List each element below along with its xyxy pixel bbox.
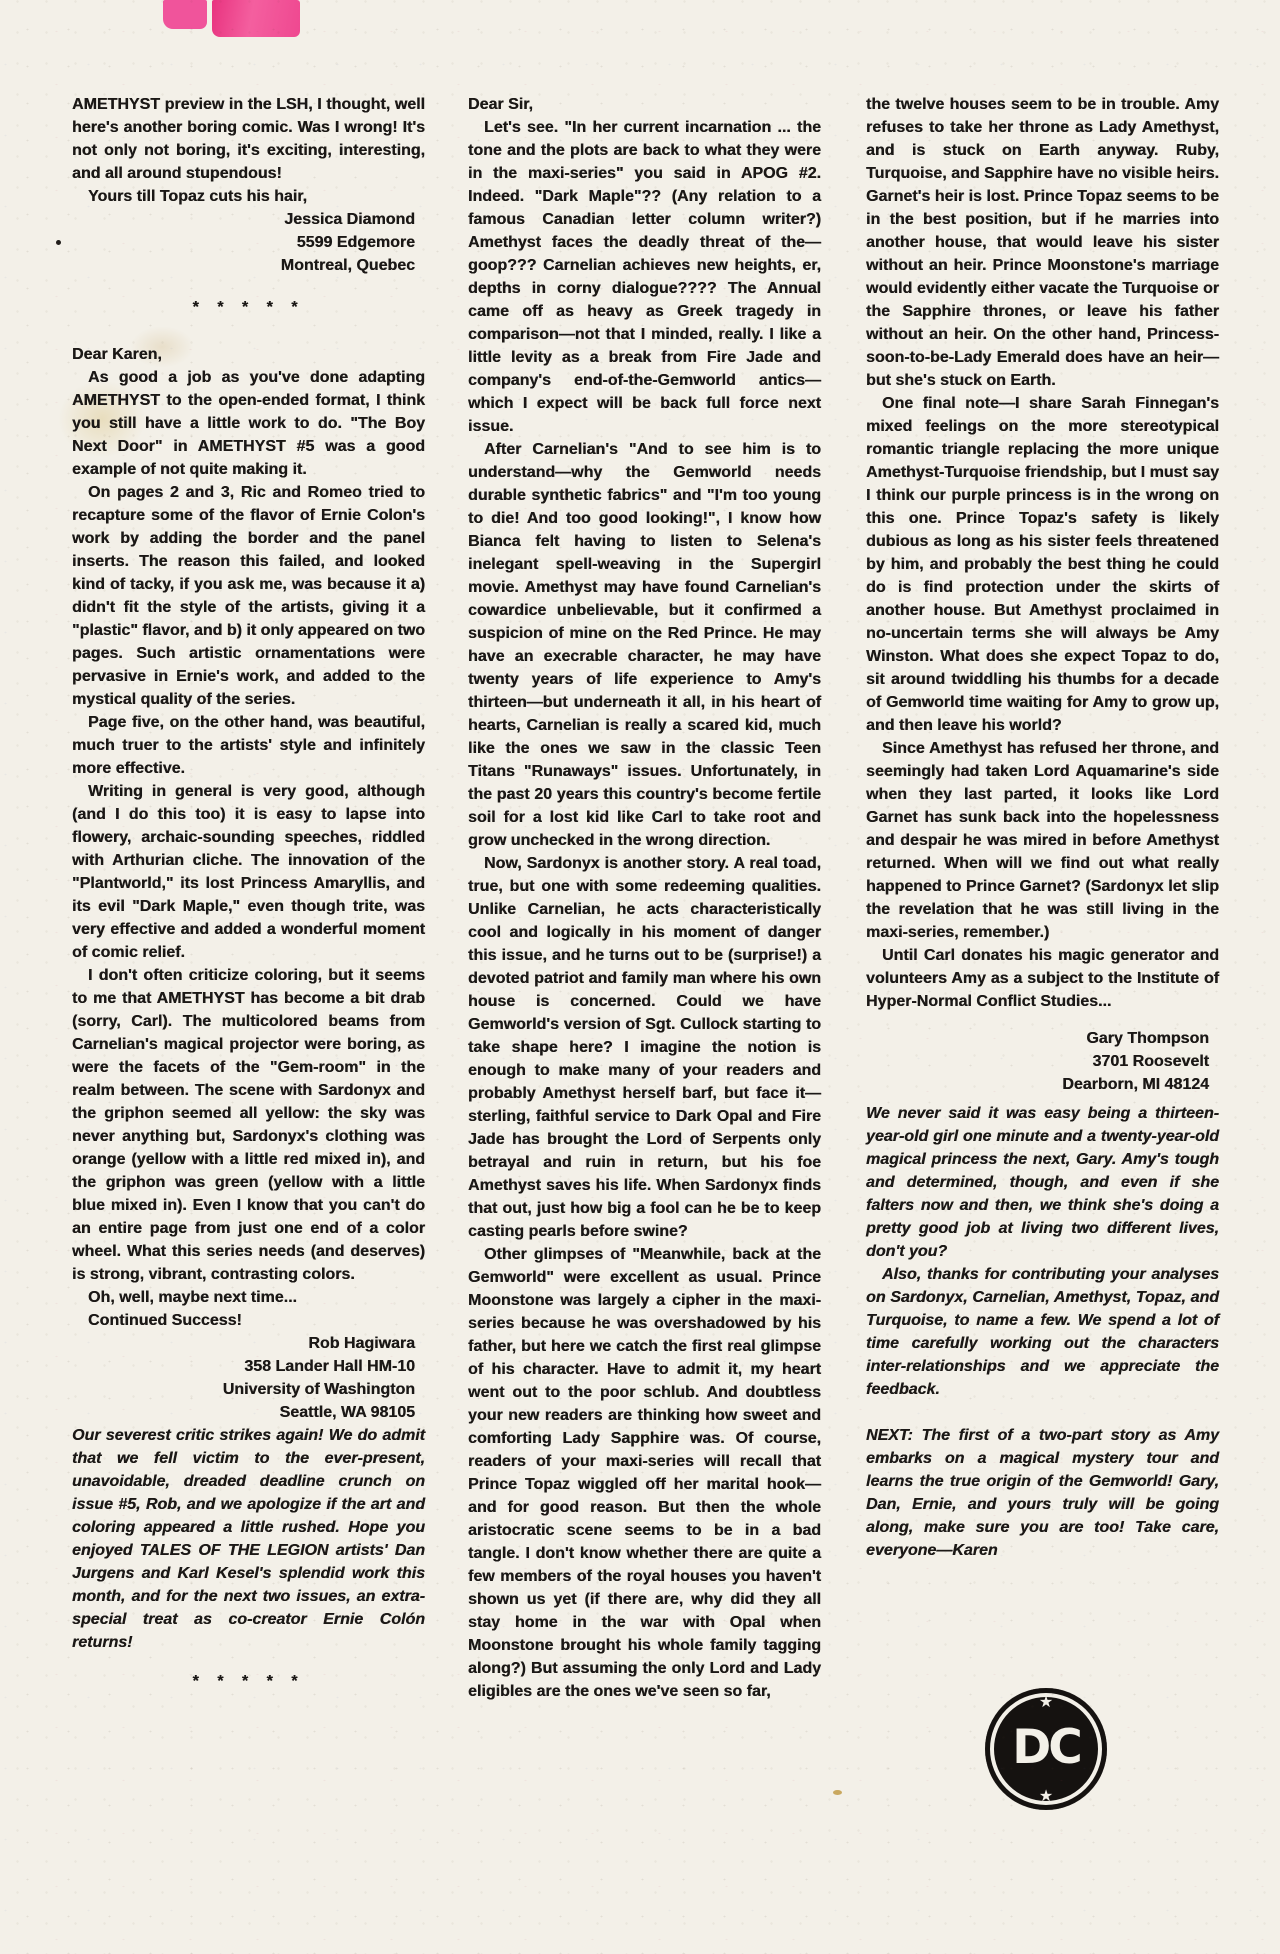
- editor-response: We never said it was easy being a thirte…: [866, 1102, 1219, 1263]
- star-icon: ★: [1039, 1694, 1053, 1710]
- pink-ink-mark-small: [163, 0, 207, 29]
- dc-logo-letters: DC: [1012, 1720, 1080, 1778]
- letter-paragraph: Until Carl donates his magic generator a…: [866, 944, 1219, 1013]
- dc-logo: ★ DC ★: [985, 1688, 1107, 1810]
- signature-line: Seattle, WA 98105: [72, 1401, 415, 1424]
- letter-column-3: the twelve houses seem to be in trouble.…: [866, 93, 1219, 1703]
- signature-line: Dearborn, MI 48124: [866, 1073, 1209, 1096]
- signature-line: University of Washington: [72, 1378, 415, 1401]
- signature-line: Montreal, Quebec: [72, 254, 415, 277]
- letter-paragraph: One final note—I share Sarah Finnegan's …: [866, 392, 1219, 737]
- signature-line: Jessica Diamond: [72, 208, 415, 231]
- salutation: Dear Sir,: [468, 93, 821, 116]
- star-divider: * * * * *: [72, 277, 425, 343]
- letter-paragraph: the twelve houses seem to be in trouble.…: [866, 93, 1219, 392]
- letter-paragraph: Page five, on the other hand, was beauti…: [72, 711, 425, 780]
- letter-paragraph: Other glimpses of "Meanwhile, back at th…: [468, 1243, 821, 1703]
- editor-response: Also, thanks for contributing your analy…: [866, 1263, 1219, 1401]
- editor-response: Our severest critic strikes again! We do…: [72, 1424, 425, 1654]
- salutation: Dear Karen,: [72, 343, 425, 366]
- pink-ink-mark-large: [212, 0, 300, 37]
- signature-line: 3701 Roosevelt: [866, 1050, 1209, 1073]
- paper-speck: [833, 1790, 842, 1795]
- letter-columns: AMETHYST preview in the LSH, I thought, …: [72, 93, 1219, 1703]
- signature-block: Rob Hagiwara 358 Lander Hall HM-10 Unive…: [72, 1332, 425, 1424]
- letter-paragraph: Writing in general is very good, althoug…: [72, 780, 425, 964]
- letter-column-1: AMETHYST preview in the LSH, I thought, …: [72, 93, 425, 1703]
- letter-closing: Continued Success!: [72, 1309, 425, 1332]
- star-icon: ★: [1039, 1788, 1053, 1804]
- letter-paragraph: As good a job as you've done adapting AM…: [72, 366, 425, 481]
- letter-column-2: Dear Sir, Let's see. "In her current inc…: [468, 93, 821, 1703]
- letter-paragraph: I don't often criticize coloring, but it…: [72, 964, 425, 1286]
- letter-paragraph: On pages 2 and 3, Ric and Romeo tried to…: [72, 481, 425, 711]
- paper-speck: [56, 240, 61, 245]
- signature-line: Rob Hagiwara: [72, 1332, 415, 1355]
- signature-block: Gary Thompson 3701 Roosevelt Dearborn, M…: [866, 1027, 1219, 1096]
- letter-closing: Yours till Topaz cuts his hair,: [72, 185, 425, 208]
- letters-page: AMETHYST preview in the LSH, I thought, …: [0, 0, 1280, 1954]
- letter-closing: Oh, well, maybe next time...: [72, 1286, 425, 1309]
- signature-line: Gary Thompson: [866, 1027, 1209, 1050]
- letter-paragraph: AMETHYST preview in the LSH, I thought, …: [72, 93, 425, 185]
- signature-line: 358 Lander Hall HM-10: [72, 1355, 415, 1378]
- star-divider: * * * * *: [72, 1654, 425, 1693]
- editor-next-issue-note: NEXT: The first of a two-part story as A…: [866, 1424, 1219, 1562]
- letter-paragraph: Let's see. "In her current incarnation .…: [468, 116, 821, 438]
- signature-line: 5599 Edgemore: [72, 231, 415, 254]
- letter-paragraph: After Carnelian's "And to see him is to …: [468, 438, 821, 852]
- signature-block: Jessica Diamond 5599 Edgemore Montreal, …: [72, 208, 425, 277]
- letter-paragraph: Since Amethyst has refused her throne, a…: [866, 737, 1219, 944]
- letter-paragraph: Now, Sardonyx is another story. A real t…: [468, 852, 821, 1243]
